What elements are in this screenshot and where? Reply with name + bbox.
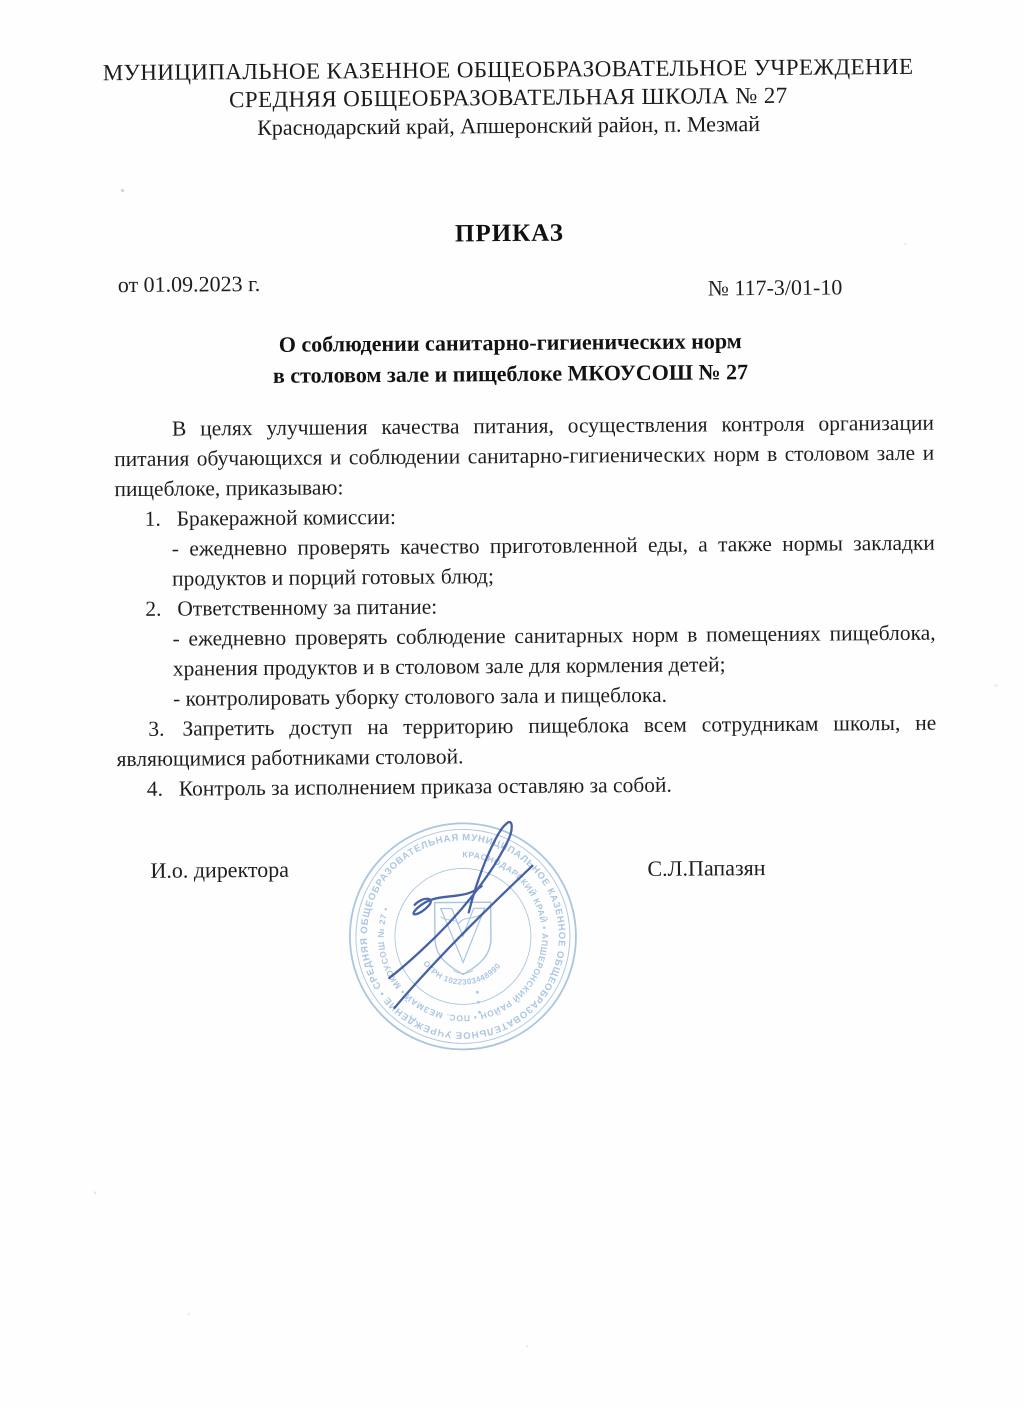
item-1-number: 1. (145, 504, 177, 534)
signer-position: И.о. директора (150, 857, 289, 884)
document-number: № 117-3/01-10 (708, 274, 843, 301)
item-4-number: 4. (147, 774, 179, 804)
round-seal-icon: МУНИЦИПАЛЬНОЕ КАЗЕННОЕ ОБЩЕОБРАЗОВАТЕЛЬН… (330, 803, 577, 1050)
svg-text:ОГРН 1022303448990: ОГРН 1022303448990 (421, 959, 502, 988)
stamp-ogrn-text: ОГРН 1022303448990 (421, 959, 502, 988)
item-2-number: 2. (145, 594, 177, 624)
order-item-3: 3.Запретить доступ на территорию пищебло… (116, 708, 936, 774)
item-1-text: Бракеражной комиссии: (177, 505, 396, 531)
subject-line-2: в столовом зале и пищеблоке МКОУСОШ № 27 (0, 354, 1023, 393)
scanned-document-page: МУНИЦИПАЛЬНОЕ КАЗЕННОЕ ОБЩЕОБРАЗОВАТЕЛЬН… (0, 0, 1024, 1408)
scan-speck (121, 189, 124, 192)
stamp-outer-ring-text: МУНИЦИПАЛЬНОЕ КАЗЕННОЕ ОБЩЕОБРАЗОВАТЕЛЬН… (330, 803, 568, 1041)
intro-paragraph: В целях улучшения качества питания, осущ… (114, 408, 935, 504)
order-item-1-sub-1: - ежедневно проверять качество приготовл… (115, 528, 935, 594)
item-3-number: 3. (148, 717, 182, 741)
document-title: ПРИКАЗ (0, 216, 1022, 252)
scan-speck (526, 1345, 528, 1348)
org-header: МУНИЦИПАЛЬНОЕ КАЗЕННОЕ ОБЩЕОБРАЗОВАТЕЛЬН… (0, 0, 1021, 144)
svg-text:МУНИЦИПАЛЬНОЕ КАЗЕННОЕ ОБЩЕОБР: МУНИЦИПАЛЬНОЕ КАЗЕННОЕ ОБЩЕОБРАЗОВАТЕЛЬН… (330, 803, 568, 1041)
scan-speck (903, 243, 906, 245)
order-item-2-sub-1: - ежедневно проверять соблюдение санитар… (115, 618, 935, 684)
official-stamp-and-signature: МУНИЦИПАЛЬНОЕ КАЗЕННОЕ ОБЩЕОБРАЗОВАТЕЛЬН… (330, 803, 596, 1061)
stamp-divider-dots (476, 991, 481, 1014)
document-subject: О соблюдении санитарно-гигиенических нор… (0, 323, 1023, 393)
scan-speck (188, 1313, 190, 1316)
scan-speck (94, 1191, 96, 1194)
item-4-text: Контроль за исполнением приказа оставляю… (179, 773, 672, 801)
stamp-svg: МУНИЦИПАЛЬНОЕ КАЗЕННОЕ ОБЩЕОБРАЗОВАТЕЛЬН… (330, 803, 596, 1061)
item-2-text: Ответственному за питание: (177, 595, 437, 621)
document-meta-row: от 01.09.2023 г. № 117-3/01-10 (0, 265, 1022, 307)
signature-row: И.о. директора С.Л.Папазян (2, 851, 1024, 893)
document-body: В целях улучшения качества питания, осущ… (114, 408, 937, 804)
document-content: МУНИЦИПАЛЬНОЕ КАЗЕННОЕ ОБЩЕОБРАЗОВАТЕЛЬН… (0, 0, 1024, 1408)
signer-name: С.Л.Папазян (647, 855, 765, 882)
item-3-text: Запретить доступ на территорию пищеблока… (116, 711, 936, 771)
scan-speck (994, 684, 998, 687)
stamp-shield-emblem-icon (435, 902, 492, 974)
handwritten-signature-icon (388, 822, 533, 1008)
document-date: от 01.09.2023 г. (118, 271, 261, 298)
order-item-4: 4.Контроль за исполнением приказа оставл… (117, 768, 937, 804)
